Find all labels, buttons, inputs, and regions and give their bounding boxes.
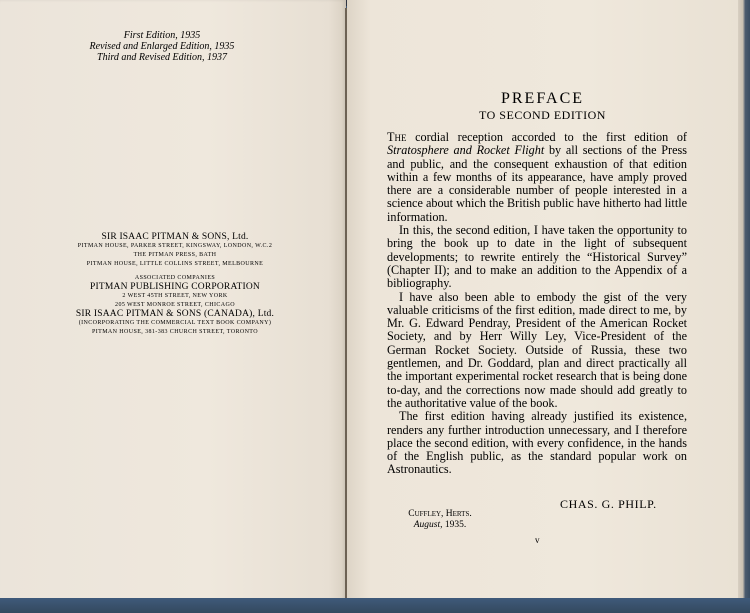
us-address: 2 West 45th Street, New York — [55, 292, 295, 301]
date-year: , 1935. — [440, 520, 466, 530]
page-edges — [738, 0, 750, 613]
edition-line: First Edition, 1935 — [62, 30, 262, 41]
author-signature: CHAS. G. PHILP. — [560, 497, 657, 512]
publisher-address: Pitman House, Parker Street, Kingsway, L… — [55, 242, 295, 251]
edition-line: Third and Revised Edition, 1937 — [62, 52, 262, 63]
publisher-name: SIR ISAAC PITMAN & SONS, Ltd. — [55, 233, 295, 242]
edition-line: Revised and Enlarged Edition, 1935 — [62, 41, 262, 52]
page-title: PREFACE — [370, 90, 715, 108]
place-date: Cuffley, Herts. August, 1935. — [390, 509, 490, 531]
publisher-imprint: SIR ISAAC PITMAN & SONS, Ltd. Pitman Hou… — [55, 233, 295, 337]
background-cloth — [0, 598, 750, 613]
book-gutter — [345, 8, 347, 608]
lead-word: The — [387, 130, 406, 144]
canada-publisher-name: SIR ISAAC PITMAN & SONS (CANADA), Ltd. — [55, 310, 295, 319]
paragraph-4: The first edition having already justifi… — [387, 410, 687, 476]
place: Cuffley, Herts. — [390, 509, 490, 520]
edition-history: First Edition, 1935 Revised and Enlarged… — [62, 30, 262, 63]
us-publisher-name: PITMAN PUBLISHING CORPORATION — [55, 283, 295, 292]
paragraph-1: The cordial reception accorded to the fi… — [387, 131, 687, 224]
page-subtitle: TO SECOND EDITION — [370, 108, 715, 123]
publisher-address: Pitman House, Little Collins Street, Mel… — [55, 260, 295, 269]
paragraph-3: I have also been able to embody the gist… — [387, 291, 687, 411]
canada-note: (Incorporating the Commercial Text Book … — [55, 319, 295, 328]
date: August, 1935. — [390, 520, 490, 531]
preface-body: The cordial reception accorded to the fi… — [387, 131, 687, 477]
date-month: August — [414, 520, 440, 530]
publisher-address: The Pitman Press, Bath — [55, 251, 295, 260]
paragraph-2: In this, the second edition, I have take… — [387, 224, 687, 290]
page-number: v — [535, 535, 540, 545]
paragraph-text: cordial reception accorded to the first … — [406, 130, 687, 144]
canada-address: Pitman House, 381-383 Church Street, Tor… — [55, 328, 295, 337]
book-title: Stratosphere and Rocket Flight — [387, 143, 544, 157]
